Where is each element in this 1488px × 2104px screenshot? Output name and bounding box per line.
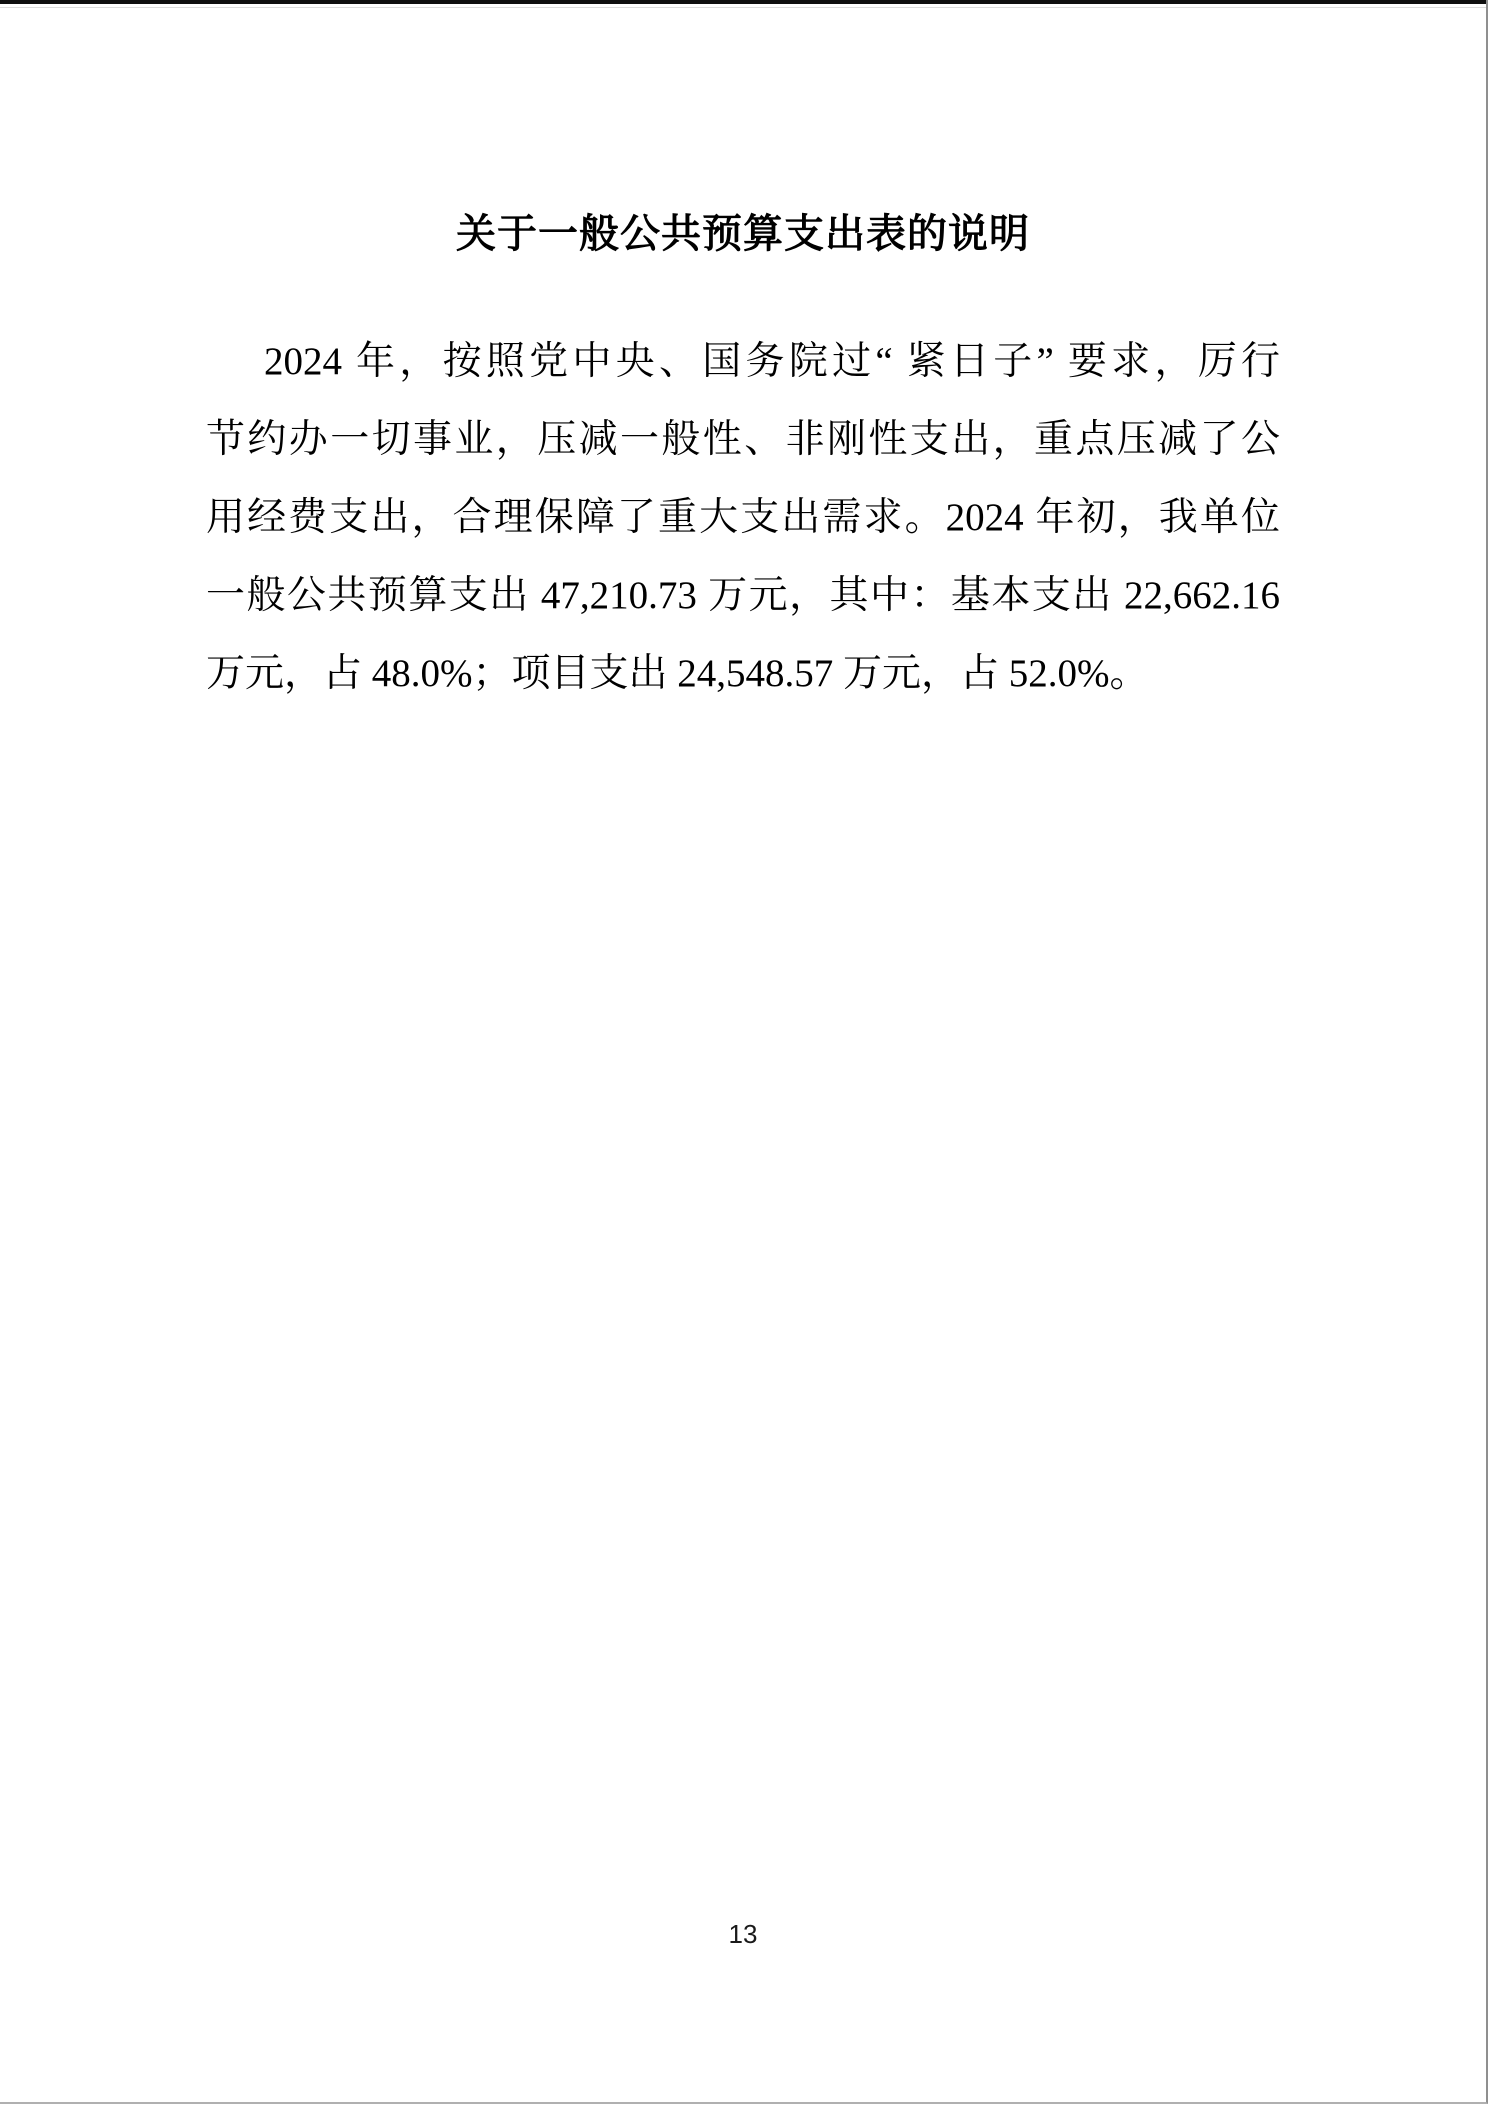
paragraph-line: 一般公共预算支出 47,210.73 万元，其中：基本支出 22,662.16 [206,557,1280,635]
page-number: 13 [0,1916,1486,1952]
paragraph-line: 万元，占 48.0%；项目支出 24,548.57 万元，占 52.0%。 [206,635,1280,713]
body-paragraph: 2024 年，按照党中央、国务院过“ 紧日子” 要求，厉行 节约办一切事业，压减… [206,323,1280,713]
document-page: { "page": { "title": "关于一般公共预算支出表的说明", "… [0,0,1488,2104]
page-top-hairline [0,7,1486,8]
paragraph-line: 用经费支出，合理保障了重大支出需求。2024 年初，我单位 [206,479,1280,557]
paragraph-line: 2024 年，按照党中央、国务院过“ 紧日子” 要求，厉行 [206,323,1280,401]
page-top-edge-bar [0,0,1486,4]
page-title: 关于一般公共预算支出表的说明 [206,210,1280,258]
paragraph-line: 节约办一切事业，压减一般性、非刚性支出，重点压减了公 [206,401,1280,479]
document-content: 关于一般公共预算支出表的说明 2024 年，按照党中央、国务院过“ 紧日子” 要… [0,210,1486,713]
